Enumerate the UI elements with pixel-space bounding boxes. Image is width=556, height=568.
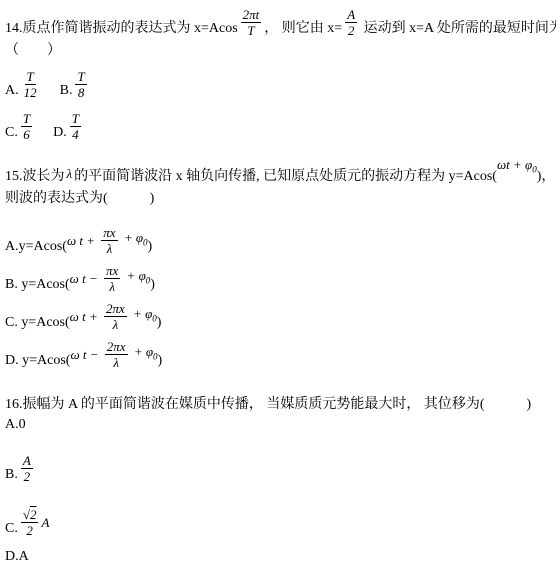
q14-option-c: C. T 6 — [5, 111, 35, 142]
omega-t-term: ω t − — [70, 345, 101, 364]
q15-answer-blank: 则波的表达式为( ) — [5, 189, 154, 208]
fraction-numerator: T — [25, 69, 36, 85]
phi-term: + φ0 — [130, 304, 157, 329]
fraction-numerator: πx — [101, 225, 117, 241]
phi-symbol: + φ — [131, 344, 153, 359]
fraction-numerator: A — [21, 453, 33, 469]
q14-option-d: D. T 4 — [53, 111, 84, 142]
q14-stem-text-2: ， 则它由 x= — [264, 19, 342, 38]
phi-symbol: + φ — [121, 230, 143, 245]
q14-option-a: A. T 12 — [5, 69, 42, 100]
phase-subscript: 0 — [532, 165, 537, 175]
fraction-T-over-4: T 4 — [70, 111, 81, 142]
fraction-numerator: T — [21, 111, 32, 127]
q16-option-b: B. A 2 — [5, 442, 554, 484]
fraction-denominator: T — [245, 23, 256, 38]
fraction-A-over-2: A 2 — [21, 453, 33, 484]
q14-option-b: B. T 8 — [60, 69, 90, 100]
q15-option-c: C. y=Acos( ω t + 2πx λ + φ0 ) — [5, 294, 554, 332]
fraction-pix-over-lambda: πx λ — [101, 225, 117, 256]
q15-stem-text-1: 15.波长为 — [5, 167, 65, 186]
option-label: B. — [5, 465, 18, 484]
amplitude-symbol: A — [41, 513, 49, 532]
fraction-T-over-12: T 12 — [22, 69, 39, 100]
q14-stem-text-1: 14.质点作简谐振动的表达式为 x=Acos — [5, 19, 238, 38]
fraction-numerator: 2πx — [104, 301, 127, 317]
option-label: B. — [60, 81, 73, 100]
fraction-2pix-over-lambda: 2πx λ — [105, 339, 128, 370]
omega-t-term: ω t + — [67, 231, 98, 250]
omega-t-term: ω t − — [70, 269, 101, 288]
radical-sign: √ — [23, 507, 30, 522]
fraction-pix-over-lambda: πx λ — [104, 263, 120, 294]
option-text: D.A — [5, 547, 29, 566]
fraction-T-over-6: T 6 — [21, 111, 32, 142]
option-prefix: C. y=Acos( — [5, 313, 70, 332]
omega-t-term: ω t + — [70, 307, 101, 326]
question-14-stem: 14.质点作简谐振动的表达式为 x=Acos 2πt T ， 则它由 x= A … — [5, 2, 554, 38]
q14-options-row-1: A. T 12 B. T 8 — [5, 60, 554, 100]
closing-paren: ) — [148, 237, 153, 256]
exam-page: 14.质点作简谐振动的表达式为 x=Acos 2πt T ， 则它由 x= A … — [0, 0, 556, 568]
fraction-denominator: 2 — [24, 523, 35, 538]
q15-option-a: A.y=Acos( ω t + πx λ + φ0 ) — [5, 218, 554, 256]
fraction-sqrt2-over-2: √2 2 — [21, 507, 39, 538]
q16-option-a: A.0 — [5, 414, 554, 434]
fraction-denominator: λ — [111, 355, 121, 370]
fraction-T-over-8: T 8 — [75, 69, 86, 100]
fraction-denominator: 12 — [22, 85, 39, 100]
question-15-stem-line-1: 15.波长为 λ 的平面简谐波沿 x 轴负向传播, 已知原点处质元的振动方程为 … — [5, 156, 554, 186]
fraction-2pix-over-lambda: 2πx λ — [104, 301, 127, 332]
phase-main: ωt + φ — [497, 157, 532, 172]
closing-paren: ) — [150, 275, 155, 294]
wave-equation: ω t + 2πx λ + φ0 — [70, 301, 157, 332]
fraction-denominator: 4 — [70, 127, 81, 142]
q14-answer-blank: （ ） — [5, 38, 554, 60]
fraction-denominator: 2 — [22, 469, 33, 484]
fraction-numerator: T — [75, 69, 86, 85]
q15-option-b: B. y=Acos( ω t − πx λ + φ0 ) — [5, 256, 554, 294]
phi-term: + φ0 — [121, 228, 148, 253]
option-text: A.0 — [5, 415, 26, 434]
fraction-numerator: πx — [104, 263, 120, 279]
fraction-numerator: T — [70, 111, 81, 127]
sqrt2-over-2-A-expression: √2 2 A — [18, 507, 50, 538]
option-label: A. — [5, 81, 19, 100]
option-label: D. — [53, 123, 67, 142]
fraction-numerator: √2 — [21, 507, 39, 523]
radicand: 2 — [30, 507, 37, 522]
question-15-stem-line-2: 则波的表达式为( ) — [5, 186, 554, 208]
option-prefix: B. y=Acos( — [5, 275, 70, 294]
fraction-numerator: 2πx — [105, 339, 128, 355]
fraction-2pit-over-T: 2πt T — [241, 7, 262, 38]
q16-option-c: C. √2 2 A — [5, 490, 554, 538]
q14-parentheses: （ ） — [5, 41, 61, 60]
fraction-A-over-2: A 2 — [345, 7, 357, 38]
wave-equation: ω t + πx λ + φ0 — [67, 225, 148, 256]
fraction-denominator: λ — [111, 317, 121, 332]
closing-paren: ) — [157, 313, 162, 332]
phi-symbol: + φ — [123, 268, 145, 283]
question-16-stem: 16.振幅为 A 的平面简谐波在媒质中传播， 当媒质质元势能最大时， 其位移为(… — [5, 390, 554, 414]
option-label: C. — [5, 519, 18, 538]
wave-equation: ω t − 2πx λ + φ0 — [70, 339, 157, 370]
q15-stem-text-2: 的平面简谐波沿 x 轴负向传播, 已知原点处质元的振动方程为 y=Acos( — [74, 167, 497, 186]
fraction-denominator: λ — [107, 279, 117, 294]
q16-stem-text: 16.振幅为 A 的平面简谐波在媒质中传播， 当媒质质元势能最大时， 其位移为(… — [5, 395, 531, 414]
phi-symbol: + φ — [130, 306, 152, 321]
q16-option-d: D.A — [5, 546, 554, 566]
q15-phase-expression: ωt + φ0 — [497, 155, 537, 180]
option-label: C. — [5, 123, 18, 142]
q14-options-row-2: C. T 6 D. T 4 — [5, 100, 554, 142]
q14-stem-text-3: 运动到 x=A 处所需的最短时间为 — [360, 19, 556, 38]
q15-option-d: D. y=Acos( ω t − 2πx λ + φ0 ) — [5, 332, 554, 370]
lambda-symbol: λ — [67, 164, 73, 183]
wave-equation: ω t − πx λ + φ0 — [70, 263, 151, 294]
fraction-numerator: 2πt — [241, 7, 262, 23]
option-prefix: A.y=Acos( — [5, 237, 67, 256]
closing-paren: ) — [158, 351, 163, 370]
fraction-denominator: 8 — [76, 85, 87, 100]
fraction-denominator: 6 — [21, 127, 32, 142]
phi-term: + φ0 — [131, 342, 158, 367]
fraction-denominator: 2 — [346, 23, 357, 38]
q15-stem-text-3: )， — [537, 167, 556, 186]
phi-term: + φ0 — [123, 266, 150, 291]
fraction-denominator: λ — [105, 241, 115, 256]
option-prefix: D. y=Acos( — [5, 351, 70, 370]
fraction-numerator: A — [345, 7, 357, 23]
